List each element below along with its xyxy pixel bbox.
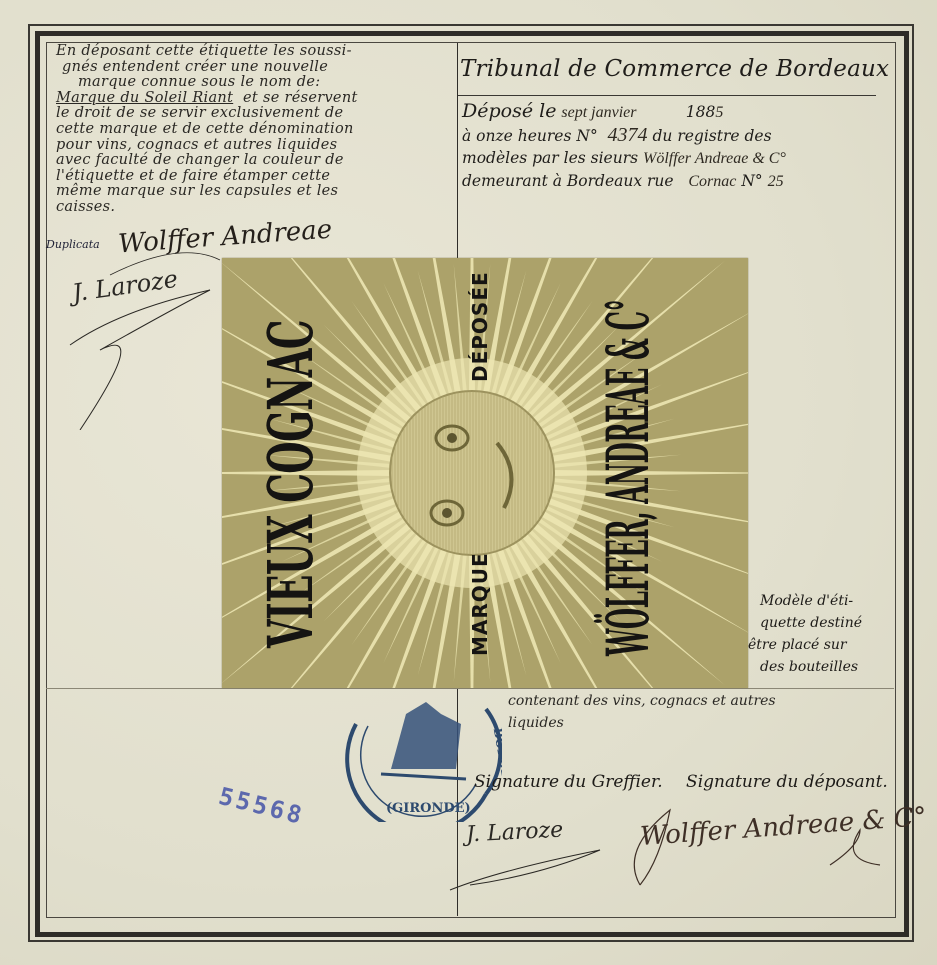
label-vieux-cognac: VIEUX COGNAC [254,320,327,648]
court-title: Tribunal de Commerce de Bordeaux [460,56,889,82]
title-rule [458,95,876,96]
signature-flourishes [440,790,900,900]
depositor-signature-label: Signature du déposant. [686,772,888,792]
declaration-line: cette marque et de cette dénomination [56,122,456,138]
models-text: modèles par les sieurs [462,149,638,167]
declaration-line: pour vins, cognacs et autres liquides [56,138,456,154]
declaration-line: marque connue sous le nom de: [56,75,456,91]
residence-text: demeurant à Bordeaux rue [462,172,674,190]
declaration-line: l'étiquette et de faire étamper cette [56,169,456,185]
declaration-line: avec faculté de changer la couleur de [56,153,456,169]
declaration-text: En déposant cette étiquette les soussi- … [56,44,456,216]
declaration-line: même marque sur les capsules et les [56,184,456,200]
note-line: quette destiné [760,612,862,634]
note-line: Modèle d'éti- [760,590,862,612]
note-line: être placé sur [748,634,862,656]
label-marque: MARQUE [468,552,492,656]
registry-entry: Déposé le sept janvier 1885 à onze heure… [462,100,786,193]
cognac-label: VIEUX COGNAC MARQUE DÉPOSÉE WÖLFFER, AND… [222,258,748,688]
street-number: 25 [768,173,784,190]
label-deposee: DÉPOSÉE [468,271,492,382]
continuation-note: contenant des vins, cognacs et autres li… [508,690,776,734]
greffier-signature-label: Signature du Greffier. [474,772,663,792]
declaration-line: le droit de se servir exclusivement de [56,106,456,122]
depositor-name: Wölffer Andreae & C° [643,150,786,167]
register-number: 4374 [608,124,648,146]
declaration-line: et se réservent [243,90,358,106]
continuation-line: contenant des vins, cognacs et autres [508,690,776,712]
note-line: des bouteilles [760,656,862,678]
register-text: du registre des [652,127,771,145]
deposited-date: sept janvier [561,104,636,121]
signature-labels: Signature du Greffier. Signature du dépo… [474,772,906,792]
deposited-label: Déposé le [462,100,556,122]
label-wolffer-andreae: WÖLFFER, ANDREAE & C° [594,300,662,656]
declaration-line: gnés entendent créer une nouvelle [56,60,456,76]
trademark-name: Marque du Soleil Riant [56,90,233,106]
street-name: Cornac [688,173,736,190]
number-label: N° [576,127,597,145]
label-purpose-note: Modèle d'éti- quette destiné être placé … [760,590,862,678]
year-suffix: 5 [715,104,723,121]
signature-flourish [60,250,240,430]
declaration-line: caisses. [56,200,456,216]
street-number-label: N° [741,172,762,190]
year-prefix: 188 [686,103,716,121]
declaration-line: En déposant cette étiquette les soussi- [56,44,456,60]
continuation-line: liquides [508,712,776,734]
hour-text: à onze heures [462,127,571,145]
